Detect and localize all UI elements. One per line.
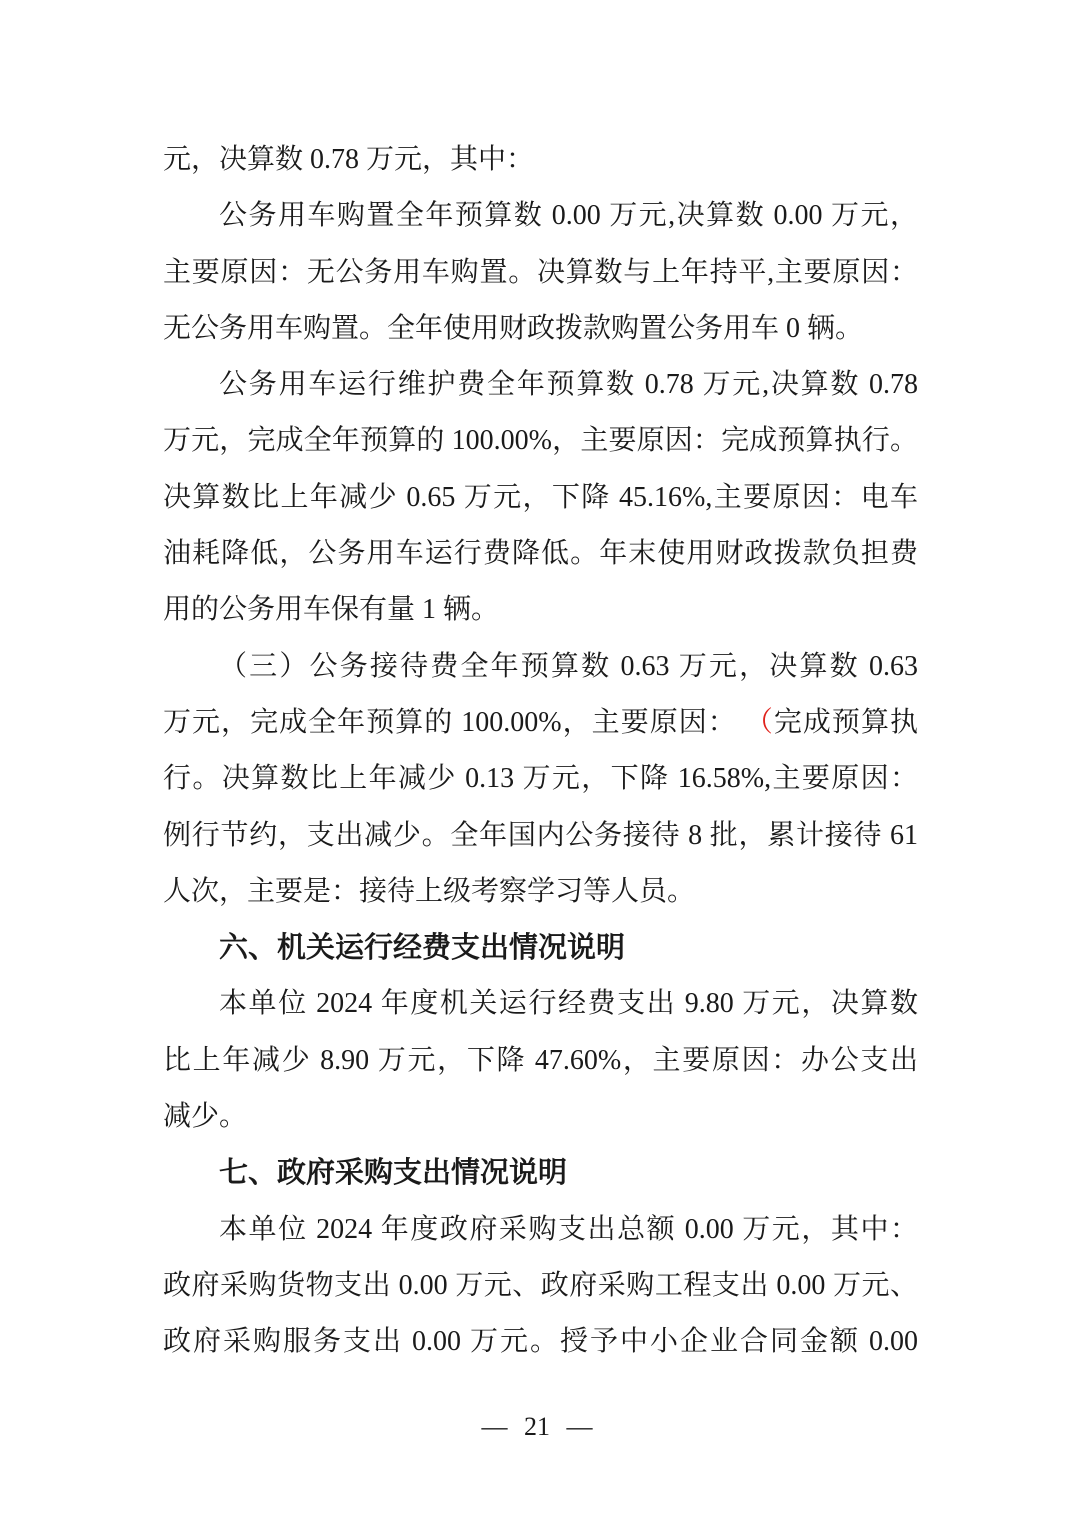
doc-line-18: 减少。 bbox=[163, 1089, 918, 1145]
heading-section-6: 六、机关运行经费支出情况说明 bbox=[163, 920, 918, 976]
doc-line-11: 万元，完成全年预算的 100.00%，主要原因： （完成预算执 bbox=[163, 695, 918, 751]
doc-line-5: 公务用车运行维护费全年预算数 0.78 万元,决算数 0.78 bbox=[163, 357, 918, 413]
doc-line-2: 公务用车购置全年预算数 0.00 万元,决算数 0.00 万元， bbox=[163, 188, 918, 244]
doc-line-7: 决算数比上年减少 0.65 万元，下降 45.16%,主要原因：电车 bbox=[163, 470, 918, 526]
page-number: — 21 — bbox=[482, 1412, 593, 1441]
doc-line-8: 油耗降低，公务用车运行费降低。年末使用财政拨款负担费 bbox=[163, 526, 918, 582]
doc-line-21: 政府采购货物支出 0.00 万元、政府采购工程支出 0.00 万元、 bbox=[163, 1258, 918, 1314]
doc-line-14: 人次，主要是：接待上级考察学习等人员。 bbox=[163, 864, 918, 920]
doc-line-20: 本单位 2024 年度政府采购支出总额 0.00 万元，其中： bbox=[163, 1202, 918, 1258]
doc-line-13: 例行节约，支出减少。全年国内公务接待 8 批，累计接待 61 bbox=[163, 808, 918, 864]
doc-line-1: 元，决算数 0.78 万元，其中： bbox=[163, 132, 918, 188]
document-page: 元，决算数 0.78 万元，其中： 公务用车购置全年预算数 0.00 万元,决算… bbox=[0, 0, 1074, 1520]
doc-line-17: 比上年减少 8.90 万元，下降 47.60%，主要原因：办公支出 bbox=[163, 1033, 918, 1089]
doc-line-9: 用的公务用车保有量 1 辆。 bbox=[163, 582, 918, 638]
doc-line-22: 政府采购服务支出 0.00 万元。授予中小企业合同金额 0.00 bbox=[163, 1314, 918, 1370]
doc-line-11-text: 万元，完成全年预算的 100.00%，主要原因： bbox=[163, 707, 745, 738]
doc-line-4: 无公务用车购置。全年使用财政拨款购置公务用车 0 辆。 bbox=[163, 301, 918, 357]
document-body: 元，决算数 0.78 万元，其中： 公务用车购置全年预算数 0.00 万元,决算… bbox=[163, 132, 918, 1371]
doc-line-10: （三）公务接待费全年预算数 0.63 万元，决算数 0.63 bbox=[163, 639, 918, 695]
doc-line-12: 行。决算数比上年减少 0.13 万元，下降 16.58%,主要原因： bbox=[163, 751, 918, 807]
page-footer: — 21 — bbox=[0, 1402, 1074, 1452]
doc-line-16: 本单位 2024 年度机关运行经费支出 9.80 万元，决算数 bbox=[163, 976, 918, 1032]
heading-section-7: 七、政府采购支出情况说明 bbox=[163, 1145, 918, 1201]
red-parenthesis: （ bbox=[745, 707, 774, 738]
doc-line-3: 主要原因：无公务用车购置。决算数与上年持平,主要原因： bbox=[163, 245, 918, 301]
doc-line-11-tail: 完成预算执 bbox=[774, 707, 918, 738]
doc-line-6: 万元，完成全年预算的 100.00%，主要原因：完成预算执行。 bbox=[163, 413, 918, 469]
